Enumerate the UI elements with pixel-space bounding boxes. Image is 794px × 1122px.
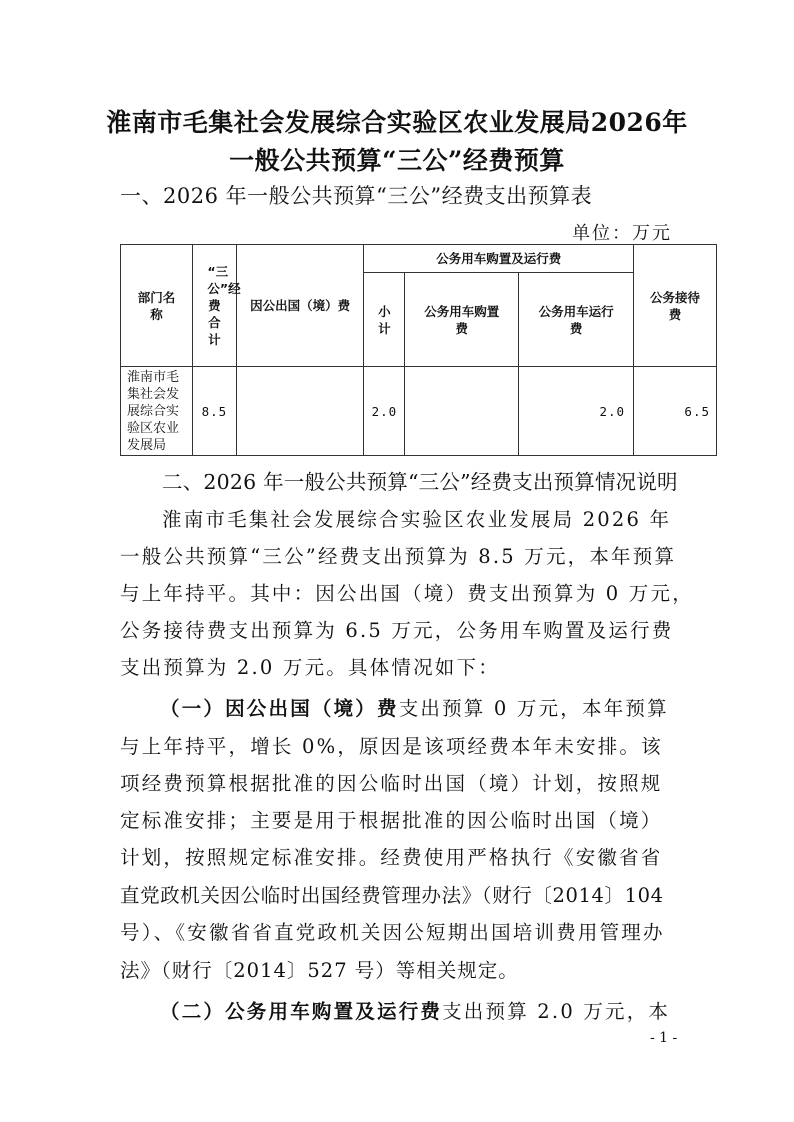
paragraph-2-line-3: 项经费预算根据批准的因公临时出国（境）计划，按照规 — [120, 768, 680, 796]
document-title-line-2: 一般公共预算“三公”经费预算 — [0, 141, 794, 177]
unit-label: 单位：万元 — [572, 219, 672, 245]
cell-dept-name: 淮南市毛集社会发展综合实验区农业发展局 — [121, 367, 193, 456]
header-dept-name: 部门名称 — [121, 245, 193, 367]
three-public-expenses-table: 部门名称 “三公”经费合计 因公出国（境）费 公务用车购置及运行费 公务接待费 … — [120, 244, 717, 456]
paragraph-1-line-4: 公务接待费支出预算为 6.5 万元，公务用车购置及运行费 — [120, 615, 680, 643]
paragraph-2-line-4: 定标准安排；主要是用于根据批准的因公临时出国（境） — [120, 805, 680, 833]
subheading-vehicle: （二）公务用车购置及运行费 — [160, 1000, 442, 1023]
header-abroad: 因公出国（境）费 — [236, 245, 364, 367]
paragraph-1-line-2: 一般公共预算“三公”经费支出预算为 8.5 万元，本年预算 — [120, 541, 680, 569]
paragraph-2-line-5: 计划，按照规定标准安排。经费使用严格执行《安徽省省 — [120, 842, 680, 870]
paragraph-2-line-6: 直党政机关因公临时出国经费管理办法》（财行〔2014〕104 — [120, 880, 680, 908]
cell-vehicle-purchase — [405, 367, 519, 456]
header-vehicle-subtotal: 小计 — [364, 273, 405, 367]
header-reception: 公务接待费 — [634, 245, 717, 367]
paragraph-1-line-1: 淮南市毛集社会发展综合实验区农业发展局 2026 年 — [162, 504, 722, 532]
paragraph-2-line-7: 号）、《安徽省省直党政机关因公短期出国培训费用管理办 — [120, 917, 680, 945]
paragraph-2-line-1: （一）因公出国（境）费支出预算 0 万元，本年预算 — [160, 693, 720, 721]
header-total: “三公”经费合计 — [192, 245, 236, 367]
cell-abroad — [236, 367, 364, 456]
paragraph-3-line-1: （二）公务用车购置及运行费支出预算 2.0 万元，本 — [160, 996, 720, 1024]
subheading-abroad: （一）因公出国（境）费 — [160, 697, 399, 720]
document-title-line-1: 淮南市毛集社会发展综合实验区农业发展局2026年 — [0, 103, 794, 139]
header-vehicle-purchase: 公务用车购置费 — [405, 273, 519, 367]
section-1-heading: 一、2026 年一般公共预算“三公”经费支出预算表 — [120, 180, 592, 210]
paragraph-2-line-8: 法》（财行〔2014〕527 号）等相关规定。 — [120, 955, 680, 983]
cell-vehicle-operation: 2.0 — [519, 367, 634, 456]
cell-vehicle-subtotal: 2.0 — [364, 367, 405, 456]
cell-reception: 6.5 — [634, 367, 717, 456]
paragraph-1-line-5: 支出预算为 2.0 万元。具体情况如下： — [120, 652, 680, 680]
header-vehicle-group: 公务用车购置及运行费 — [364, 245, 634, 273]
paragraph-2-line-2: 与上年持平，增长 0%，原因是该项经费本年未安排。该 — [120, 731, 680, 759]
page-number: - 1 - — [650, 1030, 677, 1046]
cell-total: 8.5 — [192, 367, 236, 456]
section-2-heading: 二、2026 年一般公共预算“三公”经费支出预算情况说明 — [162, 465, 678, 495]
header-vehicle-operation: 公务用车运行费 — [519, 273, 634, 367]
table-row: 淮南市毛集社会发展综合实验区农业发展局 8.5 2.0 2.0 6.5 — [121, 367, 717, 456]
paragraph-1-line-3: 与上年持平。其中：因公出国（境）费支出预算为 0 万元， — [120, 578, 680, 606]
